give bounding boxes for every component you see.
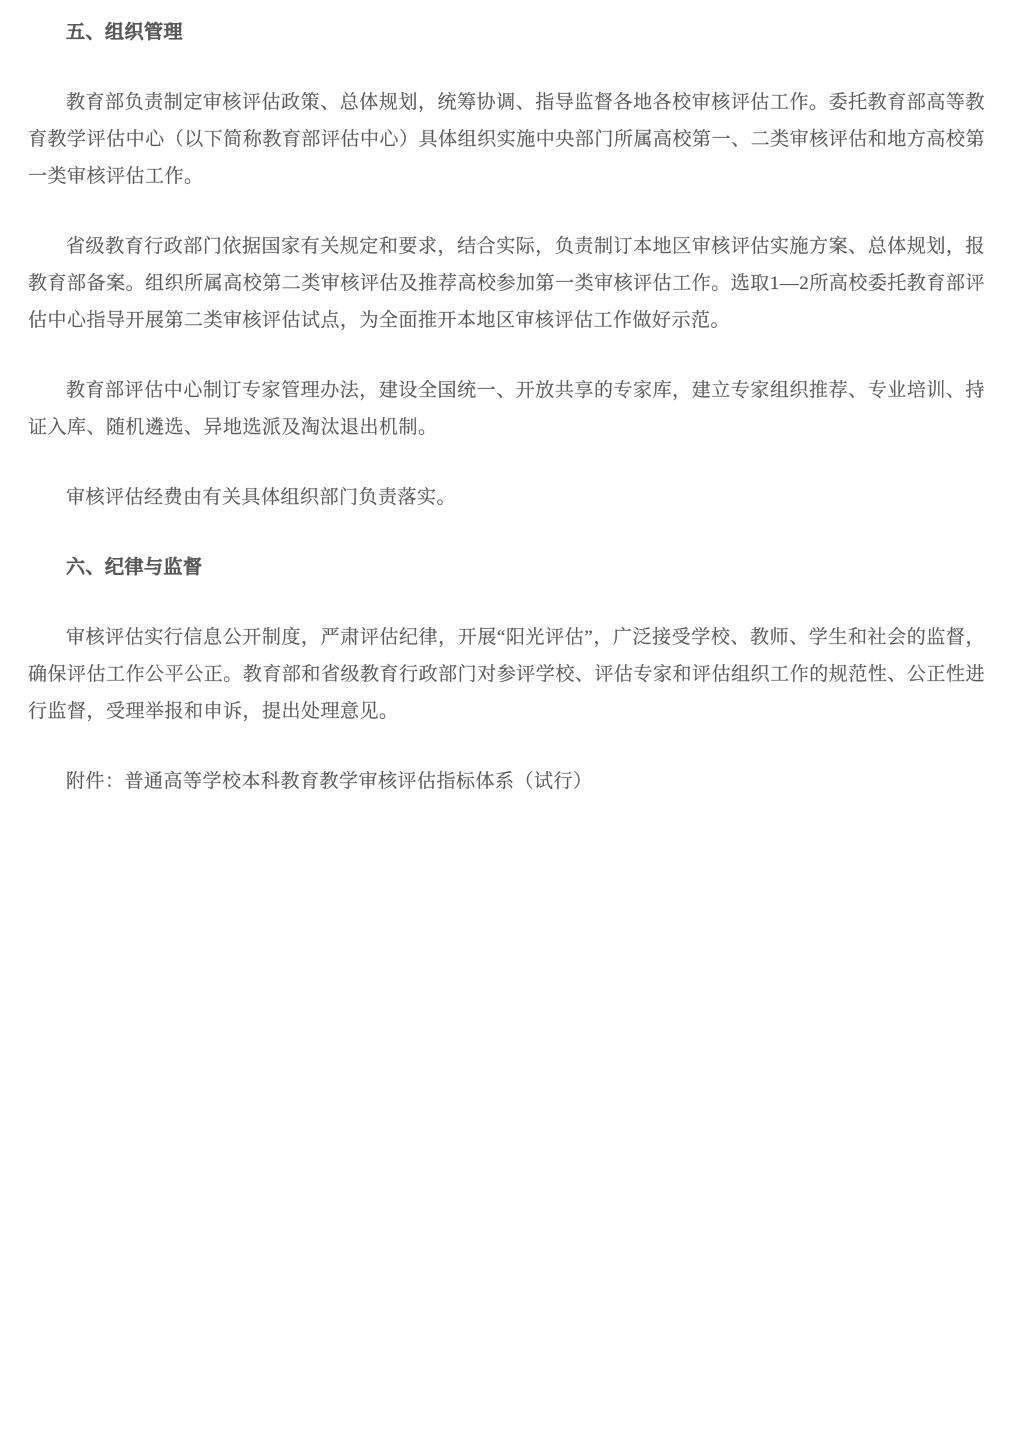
document-page: 五、组织管理 教育部负责制定审核评估政策、总体规划，统筹协调、指导监督各地各校审… [0, 0, 1024, 1448]
section-heading-discipline-supervision: 六、纪律与监督 [28, 549, 985, 586]
paragraph-ministry-responsibilities: 教育部负责制定审核评估政策、总体规划，统筹协调、指导监督各地各校审核评估工作。委… [28, 84, 985, 195]
paragraph-provincial-departments: 省级教育行政部门依据国家有关规定和要求，结合实际，负责制订本地区审核评估实施方案… [28, 228, 985, 339]
paragraph-information-disclosure: 审核评估实行信息公开制度，严肃评估纪律，开展“阳光评估”，广泛接受学校、教师、学… [28, 619, 985, 730]
paragraph-funding: 审核评估经费由有关具体组织部门负责落实。 [28, 479, 985, 516]
paragraph-expert-management: 教育部评估中心制订专家管理办法，建设全国统一、开放共享的专家库，建立专家组织推荐… [28, 372, 985, 446]
paragraph-attachment-reference: 附件：普通高等学校本科教育教学审核评估指标体系（试行） [28, 763, 985, 800]
section-heading-organization-management: 五、组织管理 [28, 14, 985, 51]
